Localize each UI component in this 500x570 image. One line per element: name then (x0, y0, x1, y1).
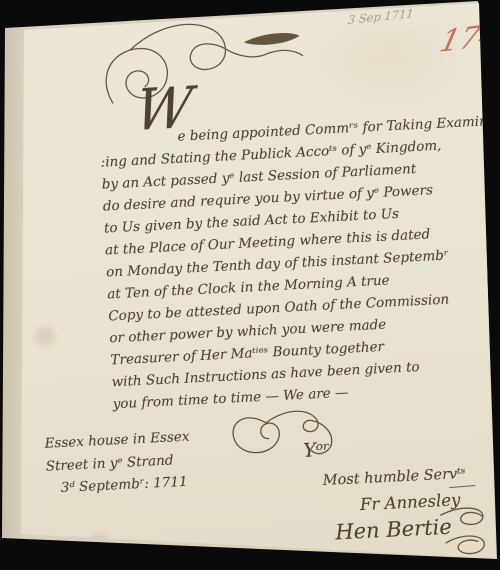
calligraphic-flourish-closing-icon (225, 396, 358, 467)
closing-salutation-yor: Yᵒʳ (303, 439, 331, 462)
signature-paraph-icon (436, 499, 494, 562)
signature-bertie: Hen Bertie (335, 515, 452, 545)
flourish-underline (449, 483, 475, 488)
letter-body: e being appointed Commʳˢ for Taking Exam… (99, 110, 500, 416)
closing-salutation: Most humble Servᵗˢ (322, 466, 466, 489)
photograph-background: 3 Sep 1711 174 W e being appointed Commʳ… (0, 0, 500, 570)
manuscript-content: 3 Sep 1711 174 W e being appointed Commʳ… (10, 6, 500, 570)
dateline-block: Essex house in Essex Street in yᵉ Strand… (44, 426, 192, 501)
manuscript-paper: 3 Sep 1711 174 W e being appointed Commʳ… (0, 0, 500, 570)
folio-number: 174 (436, 18, 500, 60)
calligraphic-flourish-top-icon (95, 13, 315, 129)
